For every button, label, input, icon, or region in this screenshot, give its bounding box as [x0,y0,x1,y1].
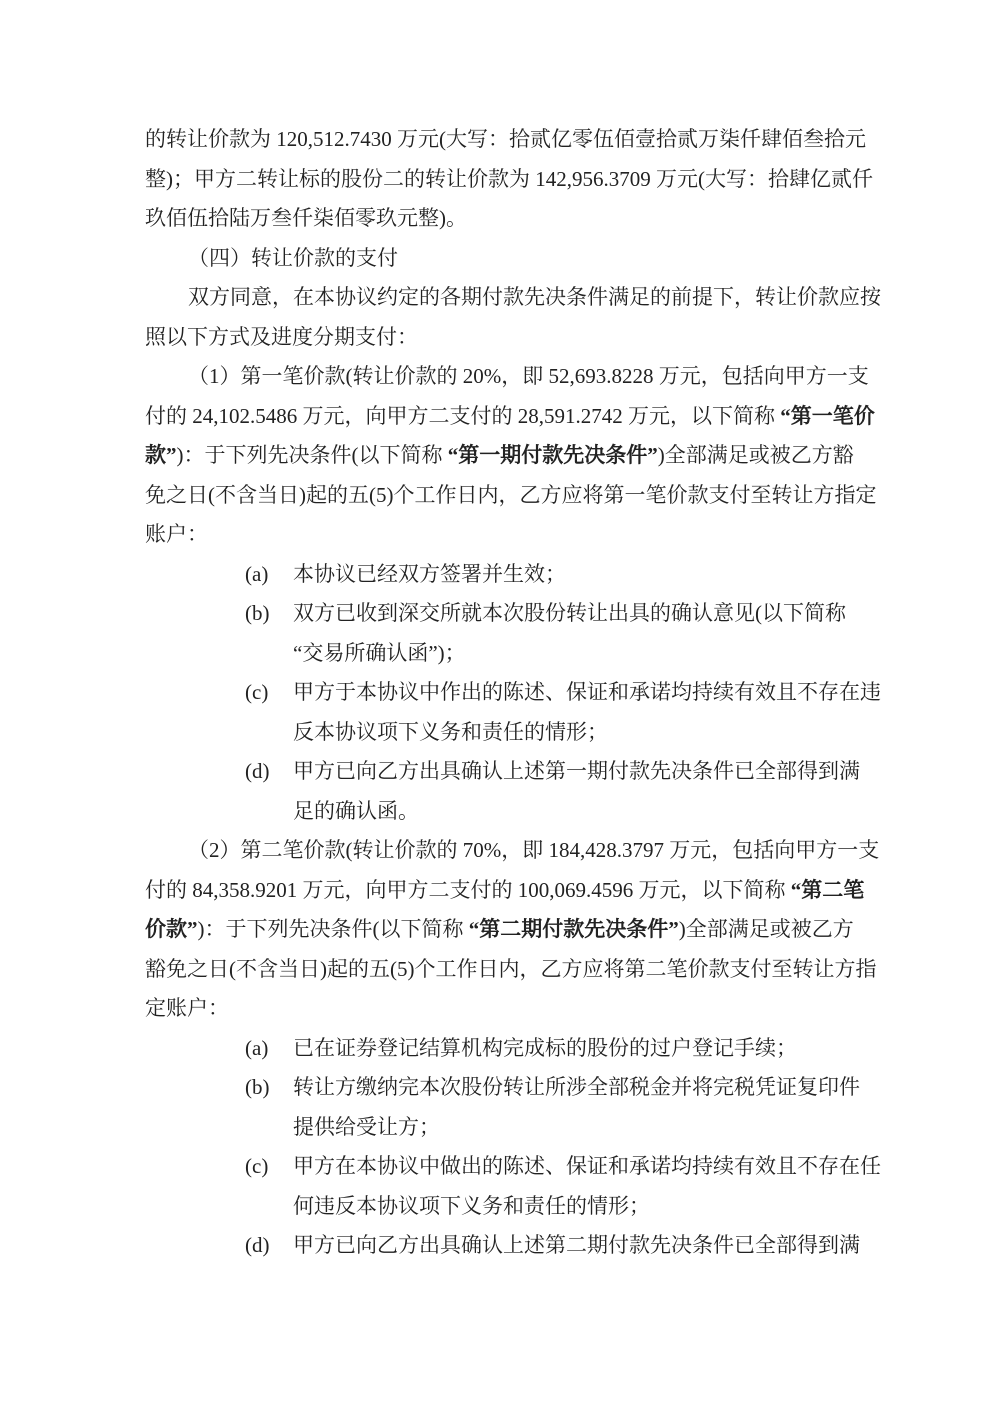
text-line: (d)甲方已向乙方出具确认上述第二期付款先决条件已全部得到满 [145,1226,859,1266]
text-run: 双方同意，在本协议约定的各期付款先决条件满足的前提下，转让价款应按 [188,285,881,309]
page-background: 的转让价款为 120,512.7430 万元(大写：拾贰亿零伍佰壹拾贰万柒仟肆佰… [0,0,1000,1414]
text-run: 转让方缴纳完本次股份转让所涉全部税金并将完税凭证复印件 [293,1075,860,1099]
text-line: 整)；甲方二转让标的股份二的转让价款为 142,956.3709 万元(大写：拾… [145,160,859,200]
text-line: 价款”)：于下列先决条件(以下简称 “第二期付款先决条件”)全部满足或被乙方 [145,910,859,950]
text-line: 提供给受让方； [145,1108,859,1148]
text-line: (b)双方已收到深交所就本次股份转让出具的确认意见(以下简称 [145,594,859,634]
list-marker: (a) [245,555,293,595]
text-run: 何违反本协议项下义务和责任的情形； [293,1194,650,1218]
text-run: “交易所确认函”)； [293,641,466,665]
text-run: )全部满足或被乙方 [679,917,854,941]
text-run: 已在证券登记结算机构完成标的股份的过户登记手续； [293,1036,797,1060]
text-run: 豁免之日(不含当日)起的五(5)个工作日内，乙方应将第二笔价款支付至转让方指 [145,957,876,981]
list-marker: (d) [245,752,293,792]
text-line: 照以下方式及进度分期支付： [145,318,859,358]
text-run: 甲方在本协议中做出的陈述、保证和承诺均持续有效且不存在任 [293,1154,881,1178]
text-run: （1）第一笔价款(转让价款的 20%，即 52,693.8228 万元，包括向甲… [188,364,869,388]
text-line: 何违反本协议项下义务和责任的情形； [145,1187,859,1227]
defined-term: “第一笔价 [780,404,875,428]
text-line: （1）第一笔价款(转让价款的 20%，即 52,693.8228 万元，包括向甲… [145,357,859,397]
text-run: 足的确认函。 [293,799,419,823]
text-run: 照以下方式及进度分期支付： [145,325,418,349]
defined-term: “第二笔 [791,878,865,902]
text-line: 双方同意，在本协议约定的各期付款先决条件满足的前提下，转让价款应按 [145,278,859,318]
text-run: 本协议已经双方签署并生效； [293,562,566,586]
text-line: (a)已在证券登记结算机构完成标的股份的过户登记手续； [145,1029,859,1069]
text-line: 豁免之日(不含当日)起的五(5)个工作日内，乙方应将第二笔价款支付至转让方指 [145,950,859,990]
defined-term: 款” [145,443,177,467]
list-marker: (b) [245,594,293,634]
defined-term: “第二期付款先决条件” [469,917,679,941]
text-run: 玖佰伍拾陆万叁仟柒佰零玖元整)。 [145,206,467,230]
text-run: 甲方已向乙方出具确认上述第二期付款先决条件已全部得到满 [293,1233,860,1257]
defined-term: 价款” [145,917,198,941]
text-run: )：于下列先决条件(以下简称 [177,443,448,467]
text-run: 甲方已向乙方出具确认上述第一期付款先决条件已全部得到满 [293,759,860,783]
defined-term: “第一期付款先决条件” [448,443,658,467]
text-run: 账户： [145,522,208,546]
text-run: 免之日(不含当日)起的五(5)个工作日内，乙方应将第一笔价款支付至转让方指定 [145,483,876,507]
text-run: 双方已收到深交所就本次股份转让出具的确认意见(以下简称 [293,601,846,625]
text-run: 反本协议项下义务和责任的情形； [293,720,608,744]
list-marker: (d) [245,1226,293,1266]
text-line: “交易所确认函”)； [145,634,859,674]
text-line: 款”)：于下列先决条件(以下简称 “第一期付款先决条件”)全部满足或被乙方豁 [145,436,859,476]
list-marker: (a) [245,1029,293,1069]
text-run: 付的 84,358.9201 万元，向甲方二支付的 100,069.4596 万… [145,878,791,902]
list-marker: (b) [245,1068,293,1108]
text-line: 付的 84,358.9201 万元，向甲方二支付的 100,069.4596 万… [145,871,859,911]
text-line: 反本协议项下义务和责任的情形； [145,713,859,753]
list-marker: (c) [245,673,293,713]
text-run: （四）转让价款的支付 [188,246,398,270]
text-run: 付的 24,102.5486 万元，向甲方二支付的 28,591.2742 万元… [145,404,780,428]
list-marker: (c) [245,1147,293,1187]
text-line: 的转让价款为 120,512.7430 万元(大写：拾贰亿零伍佰壹拾贰万柒仟肆佰… [145,120,859,160]
text-line: 账户： [145,515,859,555]
text-run: )：于下列先决条件(以下简称 [198,917,469,941]
text-run: 提供给受让方； [293,1115,440,1139]
text-line: (c)甲方在本协议中做出的陈述、保证和承诺均持续有效且不存在任 [145,1147,859,1187]
text-line: 玖佰伍拾陆万叁仟柒佰零玖元整)。 [145,199,859,239]
text-line: （四）转让价款的支付 [145,239,859,279]
text-run: 整)；甲方二转让标的股份二的转让价款为 142,956.3709 万元(大写：拾… [145,167,873,191]
text-line: 免之日(不含当日)起的五(5)个工作日内，乙方应将第一笔价款支付至转让方指定 [145,476,859,516]
text-line: 足的确认函。 [145,792,859,832]
text-line: 付的 24,102.5486 万元，向甲方二支付的 28,591.2742 万元… [145,397,859,437]
document-page: 的转让价款为 120,512.7430 万元(大写：拾贰亿零伍佰壹拾贰万柒仟肆佰… [145,120,859,1266]
text-run: 甲方于本协议中作出的陈述、保证和承诺均持续有效且不存在违 [293,680,881,704]
text-line: (d)甲方已向乙方出具确认上述第一期付款先决条件已全部得到满 [145,752,859,792]
text-line: (b)转让方缴纳完本次股份转让所涉全部税金并将完税凭证复印件 [145,1068,859,1108]
text-run: （2）第二笔价款(转让价款的 70%，即 184,428.3797 万元，包括向… [188,838,879,862]
text-line: (c)甲方于本协议中作出的陈述、保证和承诺均持续有效且不存在违 [145,673,859,713]
text-line: 定账户： [145,989,859,1029]
text-run: 定账户： [145,996,229,1020]
text-run: 的转让价款为 120,512.7430 万元(大写：拾贰亿零伍佰壹拾贰万柒仟肆佰… [145,127,866,151]
text-line: (a)本协议已经双方签署并生效； [145,555,859,595]
text-line: （2）第二笔价款(转让价款的 70%，即 184,428.3797 万元，包括向… [145,831,859,871]
text-run: )全部满足或被乙方豁 [658,443,854,467]
